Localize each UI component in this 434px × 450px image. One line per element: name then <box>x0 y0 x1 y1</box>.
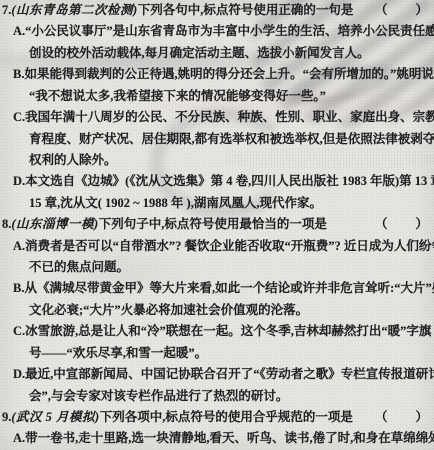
option-text: B.从《满城尽带黄金甲》等大片来看,如此一个结论或许并非危言耸听:“大片”盛则 <box>13 281 434 295</box>
q7-source: (山东青岛第二次检测) <box>11 0 137 21</box>
q8-option-d-cont: 会”,与会专家对该专栏作品进行了热烈的研讨。 <box>0 386 434 407</box>
option-text: 文化必衰;“大片”火暴必将加速社会价值观的沦落。 <box>29 303 308 317</box>
option-text: 15 章,沈从文( 1902 ~ 1988 年 ),湖南凤凰人,现代作家。 <box>29 196 322 210</box>
option-text: 创设的校外活动载体,每月确定活动主题、选拔小新闻发言人。 <box>29 46 370 60</box>
q7-header: 7.(山东青岛第二次检测)下列各句中,标点符号使用正确的一句是（ ） <box>0 0 434 21</box>
option-text: C.我国年满十八周岁的公民、不分民族、种族、性别、职业、家庭出身、宗教信仰、教 <box>13 110 434 124</box>
q9-stem: 下列各项中,标点符号的使用合乎规范的一项是 <box>100 407 353 428</box>
option-text: B.如果能得到裁判的公正待遇,姚明的得分还会上升。“会有所增加的。”姚明说: <box>13 67 434 81</box>
q8-option-b: B.从《满城尽带黄金甲》等大片来看,如此一个结论或许并非危言耸听:“大片”盛则 <box>0 278 434 299</box>
q8-answer-bracket: （ ） <box>375 214 434 235</box>
exam-scan-page: { "page": { "background_color": "#e7e5e2… <box>0 0 434 450</box>
q9-number: 9. <box>2 407 11 428</box>
q8-option-c-cont: 号——“欢乐尽享,和雪一起暖”。 <box>0 343 434 364</box>
q7-option-d-cont: 15 章,沈从文( 1902 ~ 1988 年 ),湖南凤凰人,现代作家。 <box>0 193 434 214</box>
option-text: C.冰雪旅游,总是让人和“冷”联想在一起。这个冬季,吉林却赫然打出“暖”字旗 <box>13 324 431 338</box>
q7-answer-bracket: （ ） <box>375 0 434 21</box>
q8-stem: 下列句子中,标点符号使用最恰当的一项是 <box>99 214 327 235</box>
q7-stem: 下列各句中,标点符号使用正确的一句是 <box>138 0 354 21</box>
q8-header: 8.(山东淄博一模)下列句子中,标点符号使用最恰当的一项是（ ） <box>0 214 434 235</box>
q8-number: 8. <box>2 214 11 235</box>
q8-option-b-cont: 文化必衰;“大片”火暴必将加速社会价值观的沦落。 <box>0 300 434 321</box>
q9-source: (武汉 5 月模拟) <box>11 407 99 428</box>
option-text: 号——“欢乐尽享,和雪一起暖”。 <box>29 346 207 360</box>
option-text: A.“小公民议事厅”是山东省青岛市为丰富中小学生的生活、培养小公民责任感而 <box>13 24 434 38</box>
q7-option-b-cont: “我不想说太多,我希望接下来的情况能够变得好一些。” <box>0 86 434 107</box>
q8-source: (山东淄博一模) <box>11 214 98 235</box>
q7-number: 7. <box>2 0 11 21</box>
q7-option-a-cont: 创设的校外活动载体,每月确定活动主题、选拔小新闻发言人。 <box>0 43 434 64</box>
q9-option-a: A.带一卷书,走十里路,选一块清静地,看天、听鸟、读书,倦了时,和身在草绵绵处 <box>0 428 434 449</box>
q7-option-b: B.如果能得到裁判的公正待遇,姚明的得分还会上升。“会有所增加的。”姚明说: <box>0 64 434 85</box>
option-text: 权利的人除外。 <box>29 153 117 167</box>
option-text: A.带一卷书,走十里路,选一块清静地,看天、听鸟、读书,倦了时,和身在草绵绵处 <box>13 431 434 445</box>
q7-option-c-cont-1: 育程度、财产状况、居住期限,都有选举权和被选举权,但是依照法律被剥夺政治 <box>0 129 434 150</box>
option-text: “我不想说太多,我希望接下来的情况能够变得好一些。” <box>29 89 326 103</box>
q8-option-d: D.最近,中宣部新闻局、中国记协联合召开了“《劳动者之歌》专栏宣传报道研讨 <box>0 364 434 385</box>
option-text: 育程度、财产状况、居住期限,都有选举权和被选举权,但是依照法律被剥夺政治 <box>29 132 434 146</box>
q8-option-a-cont: 不已的焦点问题。 <box>0 257 434 278</box>
q9-answer-bracket: （ ） <box>375 407 434 428</box>
q7-option-c-cont-2: 权利的人除外。 <box>0 150 434 171</box>
q8-option-c: C.冰雪旅游,总是让人和“冷”联想在一起。这个冬季,吉林却赫然打出“暖”字旗 <box>0 321 434 342</box>
option-text: 不已的焦点问题。 <box>29 260 129 274</box>
option-text: 会”,与会专家对该专栏作品进行了热烈的研讨。 <box>29 389 288 403</box>
q7-option-a: A.“小公民议事厅”是山东省青岛市为丰富中小学生的生活、培养小公民责任感而 <box>0 21 434 42</box>
q8-option-a: A.消费者是否可以“自带酒水”? 餐饮企业能否收取“开瓶费”? 近日成为人们纷争 <box>0 236 434 257</box>
q7-option-d: D.本文选自《边城》(《沈从文选集》第 4 卷,四川人民出版社 1983 年版)… <box>0 171 434 192</box>
q7-option-c: C.我国年满十八周岁的公民、不分民族、种族、性别、职业、家庭出身、宗教信仰、教 <box>0 107 434 128</box>
option-text: D.本文选自《边城》(《沈从文选集》第 4 卷,四川人民出版社 1983 年版)… <box>13 174 434 188</box>
exam-text-block: 7.(山东青岛第二次检测)下列各句中,标点符号使用正确的一句是（ ） A.“小公… <box>0 0 434 450</box>
q9-header: 9.(武汉 5 月模拟)下列各项中,标点符号的使用合乎规范的一项是（ ） <box>0 407 434 428</box>
option-text: D.最近,中宣部新闻局、中国记协联合召开了“《劳动者之歌》专栏宣传报道研讨 <box>13 367 434 381</box>
option-text: A.消费者是否可以“自带酒水”? 餐饮企业能否收取“开瓶费”? 近日成为人们纷争 <box>13 239 434 253</box>
